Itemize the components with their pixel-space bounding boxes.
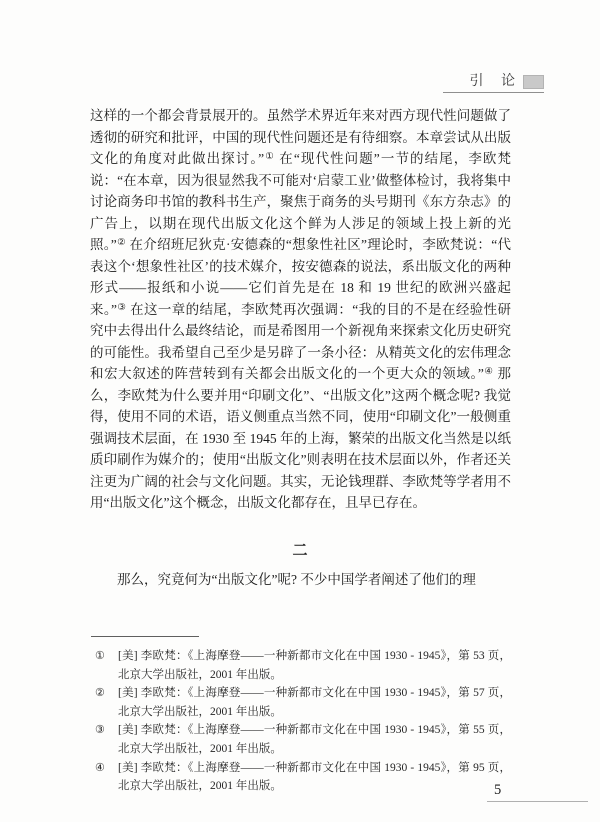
footnote-reference: ② — [117, 238, 126, 248]
body-text: 这样的一个都会背景展开的。虽然学术界近年来对西方现代性问题做了透彻的研究和批评，… — [90, 105, 511, 591]
footnote-item: ④[美] 李欧梵：《上海摩登——一种新都市文化在中国 1930 - 1945》，… — [90, 759, 511, 796]
footnote-marker: ④ — [95, 759, 118, 796]
body-text-run: 在这一章的结尾，李欧梵再次强调：“我的目的不是在经验性研究中去得出什么最终结论，… — [90, 302, 511, 382]
footnote-marker: ③ — [95, 721, 118, 758]
page-number: 5 — [494, 782, 501, 798]
footnote-item: ③[美] 李欧梵：《上海摩登——一种新都市文化在中国 1930 - 1945》，… — [90, 721, 511, 758]
footnote-list: ①[美] 李欧梵：《上海摩登——一种新都市文化在中国 1930 - 1945》，… — [90, 647, 511, 796]
footnote-separator-rule — [91, 636, 199, 637]
footnote-item: ①[美] 李欧梵：《上海摩登——一种新都市文化在中国 1930 - 1945》，… — [90, 647, 511, 684]
footnote-reference: ① — [264, 152, 275, 162]
footnote-text: [美] 李欧梵：《上海摩登——一种新都市文化在中国 1930 - 1945》，第… — [118, 721, 511, 758]
footnote-text: [美] 李欧梵：《上海摩登——一种新都市文化在中国 1930 - 1945》，第… — [118, 684, 511, 721]
running-head: 引 论 — [443, 74, 544, 93]
running-head-title: 引 论 — [470, 74, 523, 89]
footnotes-block: ①[美] 李欧梵：《上海摩登——一种新都市文化在中国 1930 - 1945》，… — [90, 636, 511, 796]
header-ornament-square-icon — [523, 75, 544, 89]
page-number-area: 5 — [487, 782, 588, 802]
footnote-marker: ② — [95, 684, 118, 721]
section-heading: 二 — [90, 541, 511, 563]
body-text-run: 那么，李欧梵为什么要并用“印刷文化”、“出版文化”这两个概念呢? 我觉得，使用不… — [90, 366, 511, 510]
footnote-text: [美] 李欧梵：《上海摩登——一种新都市文化在中国 1930 - 1945》，第… — [118, 759, 511, 796]
body-paragraph-2: 那么，究竟何为“出版文化”呢? 不少中国学者阐述了他们的理 — [90, 569, 511, 591]
footnote-reference: ③ — [117, 303, 126, 313]
book-page: 引 论 这样的一个都会背景展开的。虽然学术界近年来对西方现代性问题做了透彻的研究… — [0, 0, 600, 822]
footnote-item: ②[美] 李欧梵：《上海摩登——一种新都市文化在中国 1930 - 1945》，… — [90, 684, 511, 721]
body-paragraph-1: 这样的一个都会背景展开的。虽然学术界近年来对西方现代性问题做了透彻的研究和批评，… — [90, 105, 511, 514]
footnote-text: [美] 李欧梵：《上海摩登——一种新都市文化在中国 1930 - 1945》，第… — [118, 647, 511, 684]
footnote-reference: ④ — [484, 367, 494, 377]
footnote-marker: ① — [95, 647, 118, 684]
